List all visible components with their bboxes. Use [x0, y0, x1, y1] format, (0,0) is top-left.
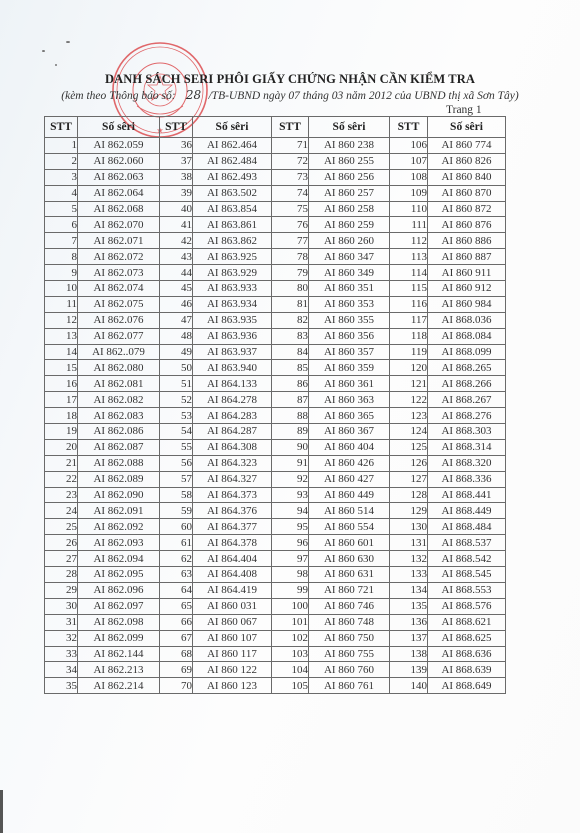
table-header-row: STT Số sêri STT Số sêri STT Số sêri STT …: [45, 117, 506, 138]
stt-cell: 51: [160, 376, 193, 392]
stt-cell: 77: [272, 233, 309, 249]
table-row: 26AI 862.09361AI 864.37896AI 860 601131A…: [45, 535, 506, 551]
stt-cell: 96: [272, 535, 309, 551]
serial-cell: AI 862.082: [78, 392, 160, 408]
serial-cell: AI 860 514: [309, 503, 390, 519]
header-stt: STT: [45, 117, 78, 138]
table-row: 2AI 862.06037AI 862.48472AI 860 255107AI…: [45, 153, 506, 169]
table-row: 34AI 862.21369AI 860 122104AI 860 760139…: [45, 662, 506, 678]
serial-cell: AI 868.336: [428, 471, 506, 487]
stt-cell: 4: [45, 185, 78, 201]
serial-cell: AI 860 257: [309, 185, 390, 201]
serial-cell: AI 868.320: [428, 455, 506, 471]
stt-cell: 137: [390, 630, 428, 646]
stt-cell: 105: [272, 678, 309, 694]
stt-cell: 11: [45, 296, 78, 312]
stt-cell: 24: [45, 503, 78, 519]
page-number-label: Trang 1: [446, 104, 482, 116]
serial-cell: AI 862.059: [78, 138, 160, 154]
stt-cell: 50: [160, 360, 193, 376]
serial-cell: AI 862.086: [78, 424, 160, 440]
stt-cell: 91: [272, 455, 309, 471]
serial-cell: AI 862.144: [78, 646, 160, 662]
stt-cell: 103: [272, 646, 309, 662]
serial-cell: AI 862.074: [78, 281, 160, 297]
stt-cell: 76: [272, 217, 309, 233]
serial-cell: AI 862.073: [78, 265, 160, 281]
stt-cell: 126: [390, 455, 428, 471]
stt-cell: 41: [160, 217, 193, 233]
stt-cell: 43: [160, 249, 193, 265]
serial-cell: AI 862.213: [78, 662, 160, 678]
serial-cell: AI 868.542: [428, 551, 506, 567]
scan-speck: [66, 41, 70, 43]
stt-cell: 36: [160, 138, 193, 154]
serial-cell: AI 862.089: [78, 471, 160, 487]
stt-cell: 128: [390, 487, 428, 503]
stt-cell: 65: [160, 598, 193, 614]
serial-cell: AI 868.449: [428, 503, 506, 519]
serial-cell: AI 864.327: [193, 471, 272, 487]
stt-cell: 72: [272, 153, 309, 169]
table-row: 30AI 862.09765AI 860 031100AI 860 746135…: [45, 598, 506, 614]
serial-cell: AI 864.308: [193, 439, 272, 455]
serial-cell: AI 860 117: [193, 646, 272, 662]
stt-cell: 99: [272, 582, 309, 598]
serial-cell: AI 863.925: [193, 249, 272, 265]
serial-cell: AI 862.092: [78, 519, 160, 535]
stt-cell: 88: [272, 408, 309, 424]
serial-cell: AI 862.096: [78, 582, 160, 598]
serial-cell: AI 860 363: [309, 392, 390, 408]
stt-cell: 60: [160, 519, 193, 535]
serial-cell: AI 860 361: [309, 376, 390, 392]
serial-cell: AI 864.133: [193, 376, 272, 392]
serial-cell: AI 862.077: [78, 328, 160, 344]
serial-cell: AI 862.091: [78, 503, 160, 519]
stt-cell: 69: [160, 662, 193, 678]
stt-cell: 122: [390, 392, 428, 408]
serial-cell: AI 860 630: [309, 551, 390, 567]
scan-speck: [55, 64, 57, 66]
stt-cell: 112: [390, 233, 428, 249]
stt-cell: 48: [160, 328, 193, 344]
serial-cell: AI 860 355: [309, 312, 390, 328]
stt-cell: 7: [45, 233, 78, 249]
serial-cell: AI 860 353: [309, 296, 390, 312]
serial-cell: AI 860 123: [193, 678, 272, 694]
table-row: 22AI 862.08957AI 864.32792AI 860 427127A…: [45, 471, 506, 487]
serial-cell: AI 862.076: [78, 312, 160, 328]
stt-cell: 83: [272, 328, 309, 344]
stt-cell: 5: [45, 201, 78, 217]
document-subtitle: (kèm theo Thông báo số: 28/TB-UBND ngày …: [0, 88, 580, 102]
serial-cell: AI 862.484: [193, 153, 272, 169]
stt-cell: 56: [160, 455, 193, 471]
serial-cell: AI 868.649: [428, 678, 506, 694]
serial-cell: AI 860 404: [309, 439, 390, 455]
serial-cell: AI 863.933: [193, 281, 272, 297]
serial-cell: AI 860 761: [309, 678, 390, 694]
stt-cell: 40: [160, 201, 193, 217]
serial-cell: AI 862.072: [78, 249, 160, 265]
serial-cell: AI 868.553: [428, 582, 506, 598]
serial-cell: AI 862..079: [78, 344, 160, 360]
serial-cell: AI 868.441: [428, 487, 506, 503]
serial-cell: AI 862.214: [78, 678, 160, 694]
stt-cell: 92: [272, 471, 309, 487]
serial-cell: AI 860 826: [428, 153, 506, 169]
serial-cell: AI 868.266: [428, 376, 506, 392]
stt-cell: 68: [160, 646, 193, 662]
stt-cell: 123: [390, 408, 428, 424]
serial-cell: AI 862.097: [78, 598, 160, 614]
stt-cell: 100: [272, 598, 309, 614]
stt-cell: 23: [45, 487, 78, 503]
table-row: 9AI 862.07344AI 863.92979AI 860 349114AI…: [45, 265, 506, 281]
stt-cell: 140: [390, 678, 428, 694]
stt-cell: 121: [390, 376, 428, 392]
stt-cell: 117: [390, 312, 428, 328]
stt-cell: 33: [45, 646, 78, 662]
serial-cell: AI 864.378: [193, 535, 272, 551]
serial-list-table: STT Số sêri STT Số sêri STT Số sêri STT …: [44, 116, 506, 694]
notice-number: 28: [178, 88, 208, 102]
table-row: 7AI 862.07142AI 863.86277AI 860 260112AI…: [45, 233, 506, 249]
serial-cell: AI 862.099: [78, 630, 160, 646]
stt-cell: 138: [390, 646, 428, 662]
stt-cell: 85: [272, 360, 309, 376]
header-stt: STT: [160, 117, 193, 138]
table-row: 13AI 862.07748AI 863.93683AI 860 356118A…: [45, 328, 506, 344]
table-row: 35AI 862.21470AI 860 123105AI 860 761140…: [45, 678, 506, 694]
scan-edge-shadow: [0, 790, 3, 833]
serial-cell: AI 863.502: [193, 185, 272, 201]
stt-cell: 46: [160, 296, 193, 312]
stt-cell: 119: [390, 344, 428, 360]
stt-cell: 134: [390, 582, 428, 598]
stt-cell: 116: [390, 296, 428, 312]
serial-cell: AI 860 554: [309, 519, 390, 535]
stt-cell: 129: [390, 503, 428, 519]
stt-cell: 3: [45, 169, 78, 185]
serial-cell: AI 868.276: [428, 408, 506, 424]
serial-cell: AI 864.419: [193, 582, 272, 598]
stt-cell: 20: [45, 439, 78, 455]
stt-cell: 79: [272, 265, 309, 281]
serial-cell: AI 862.060: [78, 153, 160, 169]
serial-cell: AI 864.376: [193, 503, 272, 519]
serial-cell: AI 868.314: [428, 439, 506, 455]
serial-cell: AI 860 984: [428, 296, 506, 312]
stt-cell: 9: [45, 265, 78, 281]
stt-cell: 25: [45, 519, 78, 535]
serial-cell: AI 868.036: [428, 312, 506, 328]
stt-cell: 19: [45, 424, 78, 440]
subtitle-suffix: /TB-UBND ngày 07 tháng 03 năm 2012 của U…: [208, 90, 518, 102]
stt-cell: 125: [390, 439, 428, 455]
serial-cell: AI 863.929: [193, 265, 272, 281]
table-row: 12AI 862.07647AI 863.93582AI 860 355117A…: [45, 312, 506, 328]
stt-cell: 87: [272, 392, 309, 408]
stt-cell: 120: [390, 360, 428, 376]
stt-cell: 133: [390, 567, 428, 583]
stt-cell: 57: [160, 471, 193, 487]
serial-cell: AI 860 912: [428, 281, 506, 297]
stt-cell: 95: [272, 519, 309, 535]
stt-cell: 84: [272, 344, 309, 360]
serial-cell: AI 868.265: [428, 360, 506, 376]
stt-cell: 14: [45, 344, 78, 360]
table-row: 28AI 862.09563AI 864.40898AI 860 631133A…: [45, 567, 506, 583]
stt-cell: 70: [160, 678, 193, 694]
stt-cell: 55: [160, 439, 193, 455]
serial-cell: AI 860 870: [428, 185, 506, 201]
header-seri: Số sêri: [309, 117, 390, 138]
serial-cell: AI 860 755: [309, 646, 390, 662]
stt-cell: 127: [390, 471, 428, 487]
serial-cell: AI 863.854: [193, 201, 272, 217]
stt-cell: 32: [45, 630, 78, 646]
table-row: 27AI 862.09462AI 864.40497AI 860 630132A…: [45, 551, 506, 567]
serial-cell: AI 860 349: [309, 265, 390, 281]
serial-cell: AI 860 746: [309, 598, 390, 614]
table-row: 21AI 862.08856AI 864.32391AI 860 426126A…: [45, 455, 506, 471]
serial-cell: AI 868.576: [428, 598, 506, 614]
serial-cell: AI 860 256: [309, 169, 390, 185]
serial-cell: AI 860 911: [428, 265, 506, 281]
serial-cell: AI 860 887: [428, 249, 506, 265]
serial-cell: AI 860 449: [309, 487, 390, 503]
serial-cell: AI 860 760: [309, 662, 390, 678]
stt-cell: 45: [160, 281, 193, 297]
stt-cell: 107: [390, 153, 428, 169]
stt-cell: 64: [160, 582, 193, 598]
serial-cell: AI 864.287: [193, 424, 272, 440]
stt-cell: 27: [45, 551, 78, 567]
serial-cell: AI 862.088: [78, 455, 160, 471]
serial-cell: AI 860 367: [309, 424, 390, 440]
serial-cell: AI 860 365: [309, 408, 390, 424]
header-seri: Số sêri: [428, 117, 506, 138]
table-row: 19AI 862.08654AI 864.28789AI 860 367124A…: [45, 424, 506, 440]
stt-cell: 106: [390, 138, 428, 154]
serial-cell: AI 860 748: [309, 614, 390, 630]
scan-speck: [42, 50, 45, 52]
stt-cell: 67: [160, 630, 193, 646]
stt-cell: 49: [160, 344, 193, 360]
stt-cell: 30: [45, 598, 78, 614]
table-row: 20AI 862.08755AI 864.30890AI 860 404125A…: [45, 439, 506, 455]
table-row: 14AI 862..07949AI 863.93784AI 860 357119…: [45, 344, 506, 360]
stt-cell: 115: [390, 281, 428, 297]
stt-cell: 139: [390, 662, 428, 678]
stt-cell: 97: [272, 551, 309, 567]
stt-cell: 28: [45, 567, 78, 583]
stt-cell: 17: [45, 392, 78, 408]
stt-cell: 44: [160, 265, 193, 281]
table-row: 29AI 862.09664AI 864.41999AI 860 721134A…: [45, 582, 506, 598]
stt-cell: 89: [272, 424, 309, 440]
serial-cell: AI 862.093: [78, 535, 160, 551]
serial-cell: AI 860 255: [309, 153, 390, 169]
serial-cell: AI 868.625: [428, 630, 506, 646]
serial-cell: AI 864.408: [193, 567, 272, 583]
stt-cell: 38: [160, 169, 193, 185]
stt-cell: 109: [390, 185, 428, 201]
stt-cell: 26: [45, 535, 78, 551]
stt-cell: 101: [272, 614, 309, 630]
table-row: 4AI 862.06439AI 863.50274AI 860 257109AI…: [45, 185, 506, 201]
serial-cell: AI 862.070: [78, 217, 160, 233]
header-stt: STT: [272, 117, 309, 138]
header-stt: STT: [390, 117, 428, 138]
stt-cell: 22: [45, 471, 78, 487]
subtitle-prefix: (kèm theo Thông báo số:: [61, 90, 175, 102]
stt-cell: 59: [160, 503, 193, 519]
stt-cell: 131: [390, 535, 428, 551]
serial-cell: AI 860 774: [428, 138, 506, 154]
serial-cell: AI 862.083: [78, 408, 160, 424]
serial-cell: AI 863.937: [193, 344, 272, 360]
serial-cell: AI 862.071: [78, 233, 160, 249]
serial-cell: AI 863.936: [193, 328, 272, 344]
stt-cell: 135: [390, 598, 428, 614]
stt-cell: 34: [45, 662, 78, 678]
stt-cell: 47: [160, 312, 193, 328]
table-row: 32AI 862.09967AI 860 107102AI 860 750137…: [45, 630, 506, 646]
serial-cell: AI 868.267: [428, 392, 506, 408]
table-row: 8AI 862.07243AI 863.92578AI 860 347113AI…: [45, 249, 506, 265]
serial-cell: AI 860 721: [309, 582, 390, 598]
stt-cell: 113: [390, 249, 428, 265]
serial-cell: AI 860 259: [309, 217, 390, 233]
table-row: 33AI 862.14468AI 860 117103AI 860 755138…: [45, 646, 506, 662]
serial-cell: AI 860 426: [309, 455, 390, 471]
stt-cell: 110: [390, 201, 428, 217]
stt-cell: 124: [390, 424, 428, 440]
serial-cell: AI 860 750: [309, 630, 390, 646]
stt-cell: 130: [390, 519, 428, 535]
table-row: 23AI 862.09058AI 864.37393AI 860 449128A…: [45, 487, 506, 503]
serial-cell: AI 860 359: [309, 360, 390, 376]
stt-cell: 12: [45, 312, 78, 328]
table-row: 11AI 862.07546AI 863.93481AI 860 353116A…: [45, 296, 506, 312]
stt-cell: 114: [390, 265, 428, 281]
table-row: 16AI 862.08151AI 864.13386AI 860 361121A…: [45, 376, 506, 392]
stt-cell: 58: [160, 487, 193, 503]
stt-cell: 90: [272, 439, 309, 455]
stt-cell: 81: [272, 296, 309, 312]
serial-cell: AI 864.377: [193, 519, 272, 535]
header-seri: Số sêri: [78, 117, 160, 138]
stt-cell: 39: [160, 185, 193, 201]
serial-cell: AI 862.064: [78, 185, 160, 201]
stt-cell: 98: [272, 567, 309, 583]
serial-cell: AI 868.303: [428, 424, 506, 440]
serial-cell: AI 864.278: [193, 392, 272, 408]
document-title: DANH SÁCH SERI PHÔI GIẤY CHỨNG NHẬN CẦN …: [0, 72, 580, 87]
serial-cell: AI 864.283: [193, 408, 272, 424]
stt-cell: 108: [390, 169, 428, 185]
table-row: 25AI 862.09260AI 864.37795AI 860 554130A…: [45, 519, 506, 535]
serial-cell: AI 864.323: [193, 455, 272, 471]
serial-cell: AI 863.940: [193, 360, 272, 376]
table-row: 15AI 862.08050AI 863.94085AI 860 359120A…: [45, 360, 506, 376]
serial-cell: AI 868.099: [428, 344, 506, 360]
serial-cell: AI 860 356: [309, 328, 390, 344]
stt-cell: 13: [45, 328, 78, 344]
stt-cell: 136: [390, 614, 428, 630]
stt-cell: 63: [160, 567, 193, 583]
serial-cell: AI 860 258: [309, 201, 390, 217]
table-row: 6AI 862.07041AI 863.86176AI 860 259111AI…: [45, 217, 506, 233]
serial-cell: AI 868.484: [428, 519, 506, 535]
stt-cell: 66: [160, 614, 193, 630]
serial-cell: AI 862.493: [193, 169, 272, 185]
serial-cell: AI 860 631: [309, 567, 390, 583]
serial-cell: AI 863.861: [193, 217, 272, 233]
serial-cell: AI 860 260: [309, 233, 390, 249]
serial-cell: AI 863.934: [193, 296, 272, 312]
serial-cell: AI 862.081: [78, 376, 160, 392]
stt-cell: 82: [272, 312, 309, 328]
stt-cell: 2: [45, 153, 78, 169]
serial-cell: AI 868.084: [428, 328, 506, 344]
stt-cell: 54: [160, 424, 193, 440]
serial-cell: AI 862.075: [78, 296, 160, 312]
serial-cell: AI 868.636: [428, 646, 506, 662]
serial-cell: AI 860 886: [428, 233, 506, 249]
stt-cell: 71: [272, 138, 309, 154]
stt-cell: 62: [160, 551, 193, 567]
table-row: 10AI 862.07445AI 863.93380AI 860 351115A…: [45, 281, 506, 297]
serial-cell: AI 863.862: [193, 233, 272, 249]
stt-cell: 35: [45, 678, 78, 694]
serial-cell: AI 864.404: [193, 551, 272, 567]
serial-cell: AI 860 122: [193, 662, 272, 678]
serial-cell: AI 862.080: [78, 360, 160, 376]
serial-cell: AI 862.090: [78, 487, 160, 503]
stt-cell: 18: [45, 408, 78, 424]
table-row: 18AI 862.08353AI 864.28388AI 860 365123A…: [45, 408, 506, 424]
stt-cell: 8: [45, 249, 78, 265]
serial-cell: AI 860 347: [309, 249, 390, 265]
serial-cell: AI 862.087: [78, 439, 160, 455]
stt-cell: 93: [272, 487, 309, 503]
serial-cell: AI 860 427: [309, 471, 390, 487]
serial-cell: AI 860 872: [428, 201, 506, 217]
serial-cell: AI 862.464: [193, 138, 272, 154]
table-row: 5AI 862.06840AI 863.85475AI 860 258110AI…: [45, 201, 506, 217]
stt-cell: 1: [45, 138, 78, 154]
stt-cell: 104: [272, 662, 309, 678]
serial-cell: AI 862.095: [78, 567, 160, 583]
serial-cell: AI 862.068: [78, 201, 160, 217]
stt-cell: 15: [45, 360, 78, 376]
stt-cell: 94: [272, 503, 309, 519]
stt-cell: 61: [160, 535, 193, 551]
serial-cell: AI 860 107: [193, 630, 272, 646]
stt-cell: 75: [272, 201, 309, 217]
header-seri: Số sêri: [193, 117, 272, 138]
stt-cell: 16: [45, 376, 78, 392]
serial-cell: AI 860 031: [193, 598, 272, 614]
stt-cell: 10: [45, 281, 78, 297]
stt-cell: 111: [390, 217, 428, 233]
table-row: 31AI 862.09866AI 860 067101AI 860 748136…: [45, 614, 506, 630]
serial-cell: AI 864.373: [193, 487, 272, 503]
